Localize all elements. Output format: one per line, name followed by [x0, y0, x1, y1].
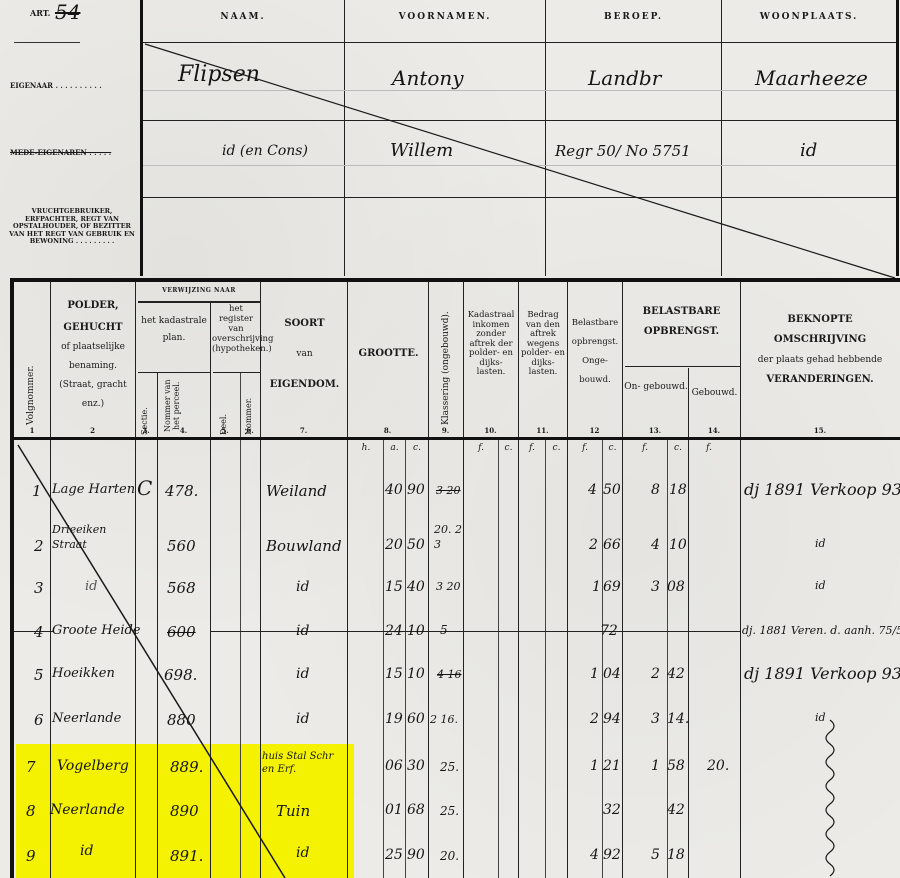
table-left-border [10, 280, 14, 878]
col-divider [545, 440, 546, 878]
perceel-number: 890 [170, 802, 199, 820]
row-number: 9 [26, 847, 36, 865]
klassering: 3 20 [436, 580, 461, 593]
polder-name: Groote Heide [52, 623, 141, 638]
ongebouwd-f: 8 [651, 482, 660, 498]
hdr-polder: POLDER, [67, 300, 118, 311]
perceel-number: 889. [170, 758, 203, 776]
article-underline [14, 42, 80, 43]
polder-name: Lage Harten [52, 482, 135, 497]
row-number: 6 [34, 711, 44, 729]
guide-line [143, 90, 896, 91]
col-divider [347, 282, 348, 878]
hdr-kadastraal-inkomen: Kadastraal inkomen zonder aftrek der pol… [464, 311, 518, 378]
ongebouwd-c: 42 [667, 802, 685, 818]
ongebouwd-f: 3 [651, 579, 660, 595]
hdr-plaatselijke: of plaatselijke [52, 342, 134, 353]
unit-a: a. [384, 443, 405, 453]
polder-name: Vogelberg [57, 758, 129, 774]
grootte-a: 15 [385, 666, 403, 682]
opbrengst-c: 04 [603, 666, 621, 682]
row-number: 3 [34, 579, 44, 597]
co-owner-firstnames: Willem [390, 140, 453, 161]
klassering: 2 16. [430, 713, 458, 726]
hdr-kadastrale-plan: het kadastrale plan. [140, 313, 208, 347]
unit-f: f. [623, 443, 667, 453]
opbrengst-f: 1 [590, 666, 599, 682]
ongebouwd-f: 5 [651, 847, 660, 863]
hdr-soort: SOORT [284, 318, 324, 329]
ongebouwd-c: 18 [667, 847, 685, 863]
hdr-volgnommer: Volgnommer. [26, 345, 36, 425]
opbrengst-f: 2 [590, 711, 599, 727]
divider [138, 372, 210, 373]
perceel-number: 560 [167, 537, 196, 555]
grootte-c: 90 [407, 847, 425, 863]
owner-residence: Maarheeze [755, 66, 868, 90]
col-divider [383, 440, 384, 878]
soort-eigendom: Bouwland [266, 537, 342, 555]
opbrengst-f: 1 [590, 758, 599, 774]
col-divider [405, 440, 406, 878]
grootte-c: 68 [407, 802, 425, 818]
co-owner-register: Regr 50/ No 5751 [555, 142, 691, 160]
grootte-a: 25 [385, 847, 403, 863]
grootte-c: 30 [407, 758, 425, 774]
table-top-border [10, 278, 900, 282]
label-eigenaar: EIGENAAR . . . . . . . . . . [10, 82, 102, 90]
ongebouwd-f: 2 [651, 666, 660, 682]
verandering: id [815, 537, 826, 550]
grootte-c: 40 [407, 579, 425, 595]
ongebouwd-f: 4 [651, 537, 660, 553]
perceel-number: 568 [167, 579, 196, 597]
divider [143, 197, 896, 198]
row-number: 5 [34, 666, 44, 684]
perceel-number: 891. [170, 847, 203, 865]
row-number: 4 [34, 623, 44, 641]
opbrengst-c: 66 [603, 537, 621, 553]
ongebouwd-f: 1 [651, 758, 660, 774]
klassering: 20. 2 3 [434, 522, 462, 552]
verandering: dj 1891 Verkoop 93/2 [744, 480, 900, 499]
opbrengst-f: 4 [590, 847, 599, 863]
hdr-opbrengst: OPBRENGST. [644, 326, 719, 337]
perceel-number: 600 [167, 623, 196, 641]
col-divider [157, 372, 158, 878]
owner-name: Flipsen [178, 62, 260, 87]
soort-eigendom: id [296, 666, 309, 682]
ongebouwd-c: 10 [669, 537, 687, 553]
klassering: 25. [440, 804, 459, 818]
col-divider [240, 372, 241, 878]
grootte-a: 01 [385, 802, 403, 818]
ongebouwd-c: 18 [669, 482, 687, 498]
grootte-a: 40 [385, 482, 403, 498]
grootte-c: 60 [407, 711, 425, 727]
colnum-8: 8. [347, 426, 428, 435]
verandering: id [815, 711, 826, 724]
col-beroep-header: BEROEP. [547, 12, 720, 22]
col-divider [210, 302, 211, 878]
article-number: 54 [55, 0, 80, 24]
klassering: 3 20 [436, 484, 461, 497]
hdr-gehucht: GEHUCHT [63, 322, 122, 333]
ongebouwd-f: 3 [651, 711, 660, 727]
grootte-c: 10 [407, 666, 425, 682]
colnum-2: 2 [50, 426, 135, 435]
col-divider [135, 282, 136, 878]
verandering: dj. 1881 Veren. d. aanh. 75/5 [742, 624, 900, 637]
unit-c: c. [603, 443, 622, 453]
grootte-c: 50 [407, 537, 425, 553]
hdr-grootte: GROOTTE. [359, 348, 419, 359]
row-number: 2 [34, 537, 44, 555]
verandering: dj 1891 Verkoop 93/2 [744, 664, 900, 683]
divider [896, 0, 899, 276]
colnum-11: 11. [518, 426, 567, 435]
hdr-eigendom: EIGENDOM. [270, 379, 340, 390]
soort-eigendom: id [296, 845, 309, 861]
opbrengst-c: 32 [603, 802, 621, 818]
colnum-7: 7. [260, 426, 347, 435]
polder-name: id [80, 843, 93, 859]
hdr-klassering: Klassering (ongebouwd). [441, 300, 451, 425]
unit-h: h. [350, 443, 382, 453]
article-label: ART. [30, 8, 50, 18]
grootte-c: 90 [407, 482, 425, 498]
row-number: 1 [32, 482, 42, 500]
opbrengst-c: 21 [603, 758, 621, 774]
soort-eigendom: Tuin [276, 802, 310, 820]
soort-eigendom: id [296, 623, 309, 639]
col-divider [50, 282, 51, 878]
colnum-6: 6. [240, 426, 260, 435]
hdr-register: het register van overschrijving (hypothe… [212, 304, 260, 354]
col-woonplaats-header: WOONPLAATS. [723, 12, 895, 22]
hdr-benaming: benaming. [52, 361, 134, 372]
grootte-a: 24 [385, 623, 403, 639]
soort-eigendom: huis Stal Schr en Erf. [262, 750, 334, 776]
opbrengst-c: 94 [603, 711, 621, 727]
sectie: C [137, 476, 152, 500]
divider [143, 120, 896, 121]
colnum-13: 13. [622, 426, 688, 435]
colnum-9: 9. [428, 426, 463, 435]
col-divider [740, 282, 741, 878]
hdr-plaats-gehad: der plaats gehad hebbende [742, 350, 898, 370]
divider [143, 42, 896, 43]
unit-f: f. [689, 443, 729, 453]
opbrengst-f: 2 [589, 537, 598, 553]
col-naam-header: NAAM. [143, 12, 343, 22]
unit-f: f. [519, 443, 545, 453]
col-divider [260, 282, 261, 878]
unit-f: f. [464, 443, 498, 453]
perceel-number: 478. [165, 482, 198, 500]
hdr-ongebouwd: On- gebouwd. [624, 377, 688, 397]
verandering: id [815, 579, 826, 592]
colnum-4: 4. [157, 426, 210, 435]
hdr-straat: (Straat, gracht [52, 380, 134, 391]
hdr-belastbare: BELASTBARE [643, 306, 721, 317]
divider [625, 366, 740, 367]
divider [213, 372, 260, 373]
co-owner-name: id (en Cons) [222, 143, 308, 159]
hdr-onge-bouwd: Onge- bouwd. [568, 352, 622, 390]
opbrengst-c: 92 [603, 847, 621, 863]
colnum-10: 10. [463, 426, 518, 435]
co-owner-residence: id [800, 140, 817, 161]
grootte-a: 15 [385, 579, 403, 595]
header-bottom-border [14, 437, 900, 440]
unit-c: c. [668, 443, 688, 453]
colnum-15: 15. [740, 426, 900, 435]
grootte-a: 20 [385, 537, 403, 553]
opbrengst-f: 1 [592, 579, 601, 595]
hdr-omschrijving: OMSCHRIJVING [774, 334, 866, 345]
opbrengst-c: 72 [600, 623, 618, 639]
ongebouwd-c: 58 [667, 758, 685, 774]
col-voornamen-header: VOORNAMEN. [346, 12, 544, 22]
polder-name: Neerlande [52, 711, 121, 726]
unit-c: c. [406, 443, 428, 453]
hdr-enz: enz.) [52, 399, 134, 410]
hdr-belastbare-ongebouwd: Belastbare opbrengst. [568, 314, 622, 352]
perceel-number: 880 [167, 711, 196, 729]
unit-c: c. [499, 443, 518, 453]
row-number: 7 [26, 758, 36, 776]
hdr-beknopte: BEKNOPTE [787, 314, 852, 325]
colnum-12: 12 [567, 426, 622, 435]
ongebouwd-c: 42 [667, 666, 685, 682]
row-number: 8 [26, 802, 36, 820]
label-mede-eigenaren: MEDE-EIGENAREN . . . . . [10, 149, 111, 157]
owner-firstnames: Antony [392, 66, 464, 90]
label-vruchtgebruiker: VRUCHTGEBRUIKER, ERFPACHTER, REGT VAN OP… [8, 208, 136, 246]
ledger-page: ART. 54 EIGENAAR . . . . . . . . . . MED… [0, 0, 900, 878]
klassering: 20. [440, 849, 459, 863]
grootte-c: 10 [407, 623, 425, 639]
hdr-gebouwd: Gebouwd. [689, 388, 740, 399]
grootte-a: 19 [385, 711, 403, 727]
owner-profession: Landbr [588, 66, 661, 90]
col-divider [622, 282, 623, 878]
ongebouwd-c: 08 [667, 579, 685, 595]
unit-c: c. [546, 443, 567, 453]
guide-line [143, 165, 896, 166]
unit-f: f. [568, 443, 602, 453]
col-divider [498, 440, 499, 878]
soort-eigendom: id [296, 579, 309, 595]
divider [138, 301, 260, 303]
perceel-number: 698. [164, 666, 197, 684]
polder-name: Hoeikken [52, 666, 115, 681]
ongebouwd-c: 14. [667, 711, 689, 727]
row-4-line [262, 631, 740, 632]
gebouwd-f: 20. [707, 758, 729, 774]
polder-name: Neerlande [50, 802, 125, 818]
hdr-verwijzing: VERWIJZING NAAR [138, 287, 260, 294]
hdr-veranderingen: VERANDERINGEN. [766, 374, 873, 385]
klassering: 25. [440, 760, 459, 774]
polder-name: Drieeiken Straat [52, 522, 132, 552]
opbrengst-c: 50 [603, 482, 621, 498]
polder-name: id [85, 579, 97, 594]
soort-eigendom: id [296, 711, 309, 727]
opbrengst-f: 4 [588, 482, 597, 498]
colnum-5: 5. [210, 426, 240, 435]
hdr-van: van [262, 349, 347, 360]
grootte-a: 06 [385, 758, 403, 774]
colnum-1: 1 [14, 426, 50, 435]
col-divider [428, 282, 429, 878]
klassering: 5 [440, 623, 448, 637]
soort-eigendom: Weiland [266, 482, 327, 500]
klassering: 4 16 [437, 668, 462, 681]
colnum-3: 3. [135, 426, 157, 435]
hdr-aftrek: Bedrag van den aftrek wegens polder- en … [519, 311, 567, 378]
colnum-14: 14. [688, 426, 740, 435]
opbrengst-c: 69 [603, 579, 621, 595]
